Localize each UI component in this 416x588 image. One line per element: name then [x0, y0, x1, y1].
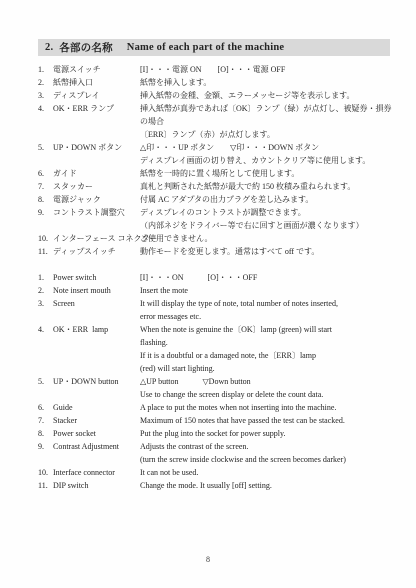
- item-description: Put the plug into the socket for power s…: [140, 427, 392, 440]
- list-item: 4.OK・ERR ランプ挿入紙幣が真券であれば〔OK〕ランプ（緑）が点灯し、被疑…: [38, 102, 392, 141]
- item-description: 動作モードを変更します。通常はすべて off です。: [140, 245, 392, 258]
- description-line: Insert the mote: [140, 284, 392, 297]
- description-line: Change the mode. It usually [off] settin…: [140, 479, 392, 492]
- item-description: Change the mode. It usually [off] settin…: [140, 479, 392, 492]
- item-label: 1.電源スイッチ: [38, 63, 140, 76]
- item-number: 9.: [38, 440, 52, 453]
- item-number: 8.: [38, 193, 52, 206]
- description-line: 付属 AC アダプタの出力プラグを差し込みます。: [140, 193, 392, 206]
- item-name: Note insert mouth: [53, 284, 111, 297]
- item-number: 3.: [38, 297, 52, 310]
- item-number: 3.: [38, 89, 52, 102]
- item-number: 8.: [38, 427, 52, 440]
- item-label: 5.UP・DOWN ボタン: [38, 141, 140, 154]
- item-number: 1.: [38, 271, 52, 284]
- description-line: When the note is genuine the〔OK〕lamp (gr…: [140, 323, 392, 336]
- item-description: It can not be used.: [140, 466, 392, 479]
- item-label: 4.OK・ERR lamp: [38, 323, 140, 336]
- description-line: 紙幣を一時的に置く場所として使用します。: [140, 167, 392, 180]
- description-line: flashing.: [140, 336, 392, 349]
- list-item: 6.GuideA place to put the motes when not…: [38, 401, 392, 414]
- list-item: 4.OK・ERR lampWhen the note is genuine th…: [38, 323, 392, 375]
- item-name: ディスプレイ: [53, 89, 100, 102]
- list-item: 9.コントラスト調整穴ディスプレイのコントラストが調整できます。（内部ネジをドラ…: [38, 206, 392, 232]
- item-number: 6.: [38, 401, 52, 414]
- description-line: Use to change the screen display or dele…: [140, 388, 392, 401]
- description-line: [I]・・・ON [O]・・・OFF: [140, 271, 392, 284]
- item-number: 4.: [38, 102, 52, 115]
- item-name: コントラスト調整穴: [53, 206, 125, 219]
- item-number: 7.: [38, 414, 52, 427]
- list-item: 2.Note insert mouthInsert the mote: [38, 284, 392, 297]
- item-name: 電源スイッチ: [53, 63, 101, 76]
- section-header: 2. 各部の名称 Name of each part of the machin…: [38, 39, 390, 56]
- page-number: 8: [0, 555, 416, 564]
- item-label: 6.ガイド: [38, 167, 140, 180]
- item-label: 10.Interface connector: [38, 466, 140, 479]
- item-label: 3.ディスプレイ: [38, 89, 140, 102]
- item-name: ガイド: [53, 167, 77, 180]
- item-label: 2.Note insert mouth: [38, 284, 140, 297]
- item-description: 挿入紙幣の金種、金額、エラーメッセージ等を表示します。: [140, 89, 392, 102]
- item-name: UP・DOWN button: [53, 375, 119, 388]
- item-description: 真札と判断された紙幣が最大で約 150 枚積み重ねられます。: [140, 180, 392, 193]
- item-description: 付属 AC アダプタの出力プラグを差し込みます。: [140, 193, 392, 206]
- item-description: [I]・・・電源 ON [O]・・・電源 OFF: [140, 63, 392, 76]
- item-name: Interface connector: [53, 466, 115, 479]
- item-name: OK・ERR ランプ: [53, 102, 114, 115]
- list-item: 5.UP・DOWN ボタン△印・・・UP ボタン ▽印・・・DOWN ボタンディ…: [38, 141, 392, 167]
- item-description: ご使用できません。: [140, 232, 392, 245]
- list-item: 8.Power socketPut the plug into the sock…: [38, 427, 392, 440]
- description-line: [I]・・・電源 ON [O]・・・電源 OFF: [140, 63, 392, 76]
- item-name: UP・DOWN ボタン: [53, 141, 122, 154]
- description-line: Adjusts the contrast of the screen.: [140, 440, 392, 453]
- item-label: 7.Stacker: [38, 414, 140, 427]
- description-line: 真札と判断された紙幣が最大で約 150 枚積み重ねられます。: [140, 180, 392, 193]
- description-line: 挿入紙幣が真券であれば〔OK〕ランプ（緑）が点灯し、被疑券・損券の場合: [140, 102, 392, 128]
- item-label: 4.OK・ERR ランプ: [38, 102, 140, 115]
- list-item: 5.UP・DOWN button△UP button ▽Down buttonU…: [38, 375, 392, 401]
- list-item: 1.Power switch[I]・・・ON [O]・・・OFF: [38, 271, 392, 284]
- description-line: △印・・・UP ボタン ▽印・・・DOWN ボタン: [140, 141, 392, 154]
- item-description: Maximum of 150 notes that have passed th…: [140, 414, 392, 427]
- item-label: 7.スタッカー: [38, 180, 140, 193]
- item-number: 10.: [38, 466, 52, 479]
- item-label: 2.紙幣挿入口: [38, 76, 140, 89]
- item-number: 11.: [38, 245, 52, 258]
- item-name: ディップスイッチ: [53, 245, 116, 258]
- item-name: Screen: [53, 297, 75, 310]
- item-number: 4.: [38, 323, 52, 336]
- list-item: 11.ディップスイッチ動作モードを変更します。通常はすべて off です。: [38, 245, 392, 258]
- item-description: 挿入紙幣が真券であれば〔OK〕ランプ（緑）が点灯し、被疑券・損券の場合〔ERR〕…: [140, 102, 392, 141]
- list-item: 1.電源スイッチ[I]・・・電源 ON [O]・・・電源 OFF: [38, 63, 392, 76]
- item-label: 10.インターフェース コネクター: [38, 232, 140, 245]
- item-description: A place to put the motes when not insert…: [140, 401, 392, 414]
- item-description: It will display the type of note, total …: [140, 297, 392, 323]
- item-name: Stacker: [53, 414, 77, 427]
- description-line: 〔ERR〕ランプ（赤）が点灯します。: [140, 128, 392, 141]
- description-line: 挿入紙幣の金種、金額、エラーメッセージ等を表示します。: [140, 89, 392, 102]
- item-number: 1.: [38, 63, 52, 76]
- english-parts-list: 1.Power switch[I]・・・ON [O]・・・OFF2.Note i…: [38, 271, 392, 492]
- item-description: △印・・・UP ボタン ▽印・・・DOWN ボタンディスプレイ画面の切り替え、カ…: [140, 141, 392, 167]
- list-item: 6.ガイド紙幣を一時的に置く場所として使用します。: [38, 167, 392, 180]
- item-label: 11.DIP switch: [38, 479, 140, 492]
- item-name: DIP switch: [53, 479, 88, 492]
- item-label: 11.ディップスイッチ: [38, 245, 140, 258]
- description-line: 動作モードを変更します。通常はすべて off です。: [140, 245, 392, 258]
- item-description: Insert the mote: [140, 284, 392, 297]
- item-label: 6.Guide: [38, 401, 140, 414]
- item-number: 2.: [38, 76, 52, 89]
- section-title-english: Name of each part of the machine: [127, 42, 284, 53]
- item-number: 6.: [38, 167, 52, 180]
- item-description: When the note is genuine the〔OK〕lamp (gr…: [140, 323, 392, 375]
- item-number: 10.: [38, 232, 52, 245]
- item-description: Adjusts the contrast of the screen.(turn…: [140, 440, 392, 466]
- description-line: ご使用できません。: [140, 232, 392, 245]
- section-title-japanese: 各部の名称: [59, 40, 113, 55]
- item-label: 9.Contrast Adjustment: [38, 440, 140, 453]
- item-label: 3.Screen: [38, 297, 140, 310]
- item-name: 紙幣挿入口: [53, 76, 93, 89]
- section-number: 2.: [45, 42, 53, 53]
- description-line: Maximum of 150 notes that have passed th…: [140, 414, 392, 427]
- list-item: 10.インターフェース コネクターご使用できません。: [38, 232, 392, 245]
- item-number: 9.: [38, 206, 52, 219]
- list-item: 3.ScreenIt will display the type of note…: [38, 297, 392, 323]
- list-item: 2.紙幣挿入口紙幣を挿入します。: [38, 76, 392, 89]
- item-number: 2.: [38, 284, 52, 297]
- item-name: OK・ERR lamp: [53, 323, 108, 336]
- item-description: 紙幣を挿入します。: [140, 76, 392, 89]
- list-item: 7.スタッカー真札と判断された紙幣が最大で約 150 枚積み重ねられます。: [38, 180, 392, 193]
- description-line: A place to put the motes when not insert…: [140, 401, 392, 414]
- description-line: If it is a doubtful or a damaged note, t…: [140, 349, 392, 362]
- item-description: △UP button ▽Down buttonUse to change the…: [140, 375, 392, 401]
- japanese-parts-list: 1.電源スイッチ[I]・・・電源 ON [O]・・・電源 OFF2.紙幣挿入口紙…: [38, 63, 392, 258]
- list-item: 11.DIP switchChange the mode. It usually…: [38, 479, 392, 492]
- description-line: 紙幣を挿入します。: [140, 76, 392, 89]
- item-name: Power socket: [53, 427, 96, 440]
- description-line: (red) will start lighting.: [140, 362, 392, 375]
- item-label: 1.Power switch: [38, 271, 140, 284]
- item-number: 7.: [38, 180, 52, 193]
- description-line: (turn the screw inside clockwise and the…: [140, 453, 392, 466]
- manual-page: 2. 各部の名称 Name of each part of the machin…: [0, 0, 416, 588]
- list-item: 8.電源ジャック付属 AC アダプタの出力プラグを差し込みます。: [38, 193, 392, 206]
- description-line: ディスプレイ画面の切り替え、カウントクリア等に使用します。: [140, 154, 392, 167]
- item-label: 8.電源ジャック: [38, 193, 140, 206]
- description-line: （内部ネジをドライバー等で右に回すと画面が濃くなります）: [140, 219, 392, 232]
- description-line: Put the plug into the socket for power s…: [140, 427, 392, 440]
- list-item: 9.Contrast AdjustmentAdjusts the contras…: [38, 440, 392, 466]
- item-name: Power switch: [53, 271, 96, 284]
- item-name: 電源ジャック: [53, 193, 101, 206]
- item-description: 紙幣を一時的に置く場所として使用します。: [140, 167, 392, 180]
- item-description: ディスプレイのコントラストが調整できます。（内部ネジをドライバー等で右に回すと画…: [140, 206, 392, 232]
- item-name: スタッカー: [53, 180, 93, 193]
- item-label: 9.コントラスト調整穴: [38, 206, 140, 219]
- list-item: 3.ディスプレイ挿入紙幣の金種、金額、エラーメッセージ等を表示します。: [38, 89, 392, 102]
- item-number: 5.: [38, 141, 52, 154]
- list-item: 10.Interface connectorIt can not be used…: [38, 466, 392, 479]
- item-name: Guide: [53, 401, 73, 414]
- description-line: It can not be used.: [140, 466, 392, 479]
- item-label: 8.Power socket: [38, 427, 140, 440]
- list-item: 7.StackerMaximum of 150 notes that have …: [38, 414, 392, 427]
- description-line: error messages etc.: [140, 310, 392, 323]
- item-label: 5.UP・DOWN button: [38, 375, 140, 388]
- item-description: [I]・・・ON [O]・・・OFF: [140, 271, 392, 284]
- item-name: Contrast Adjustment: [53, 440, 119, 453]
- item-number: 11.: [38, 479, 52, 492]
- description-line: △UP button ▽Down button: [140, 375, 392, 388]
- description-line: ディスプレイのコントラストが調整できます。: [140, 206, 392, 219]
- item-number: 5.: [38, 375, 52, 388]
- description-line: It will display the type of note, total …: [140, 297, 392, 310]
